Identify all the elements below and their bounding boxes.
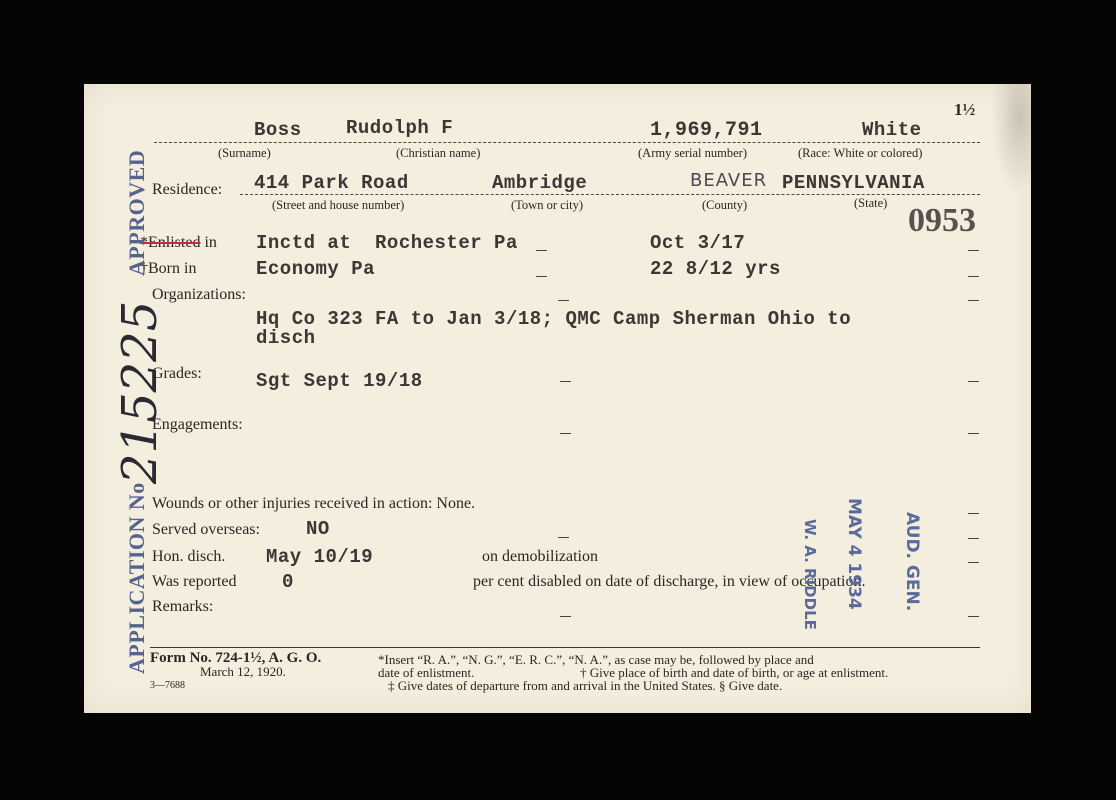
hon-disch-suffix: on demobilization (482, 548, 598, 566)
organizations-line-2: disch (256, 329, 316, 348)
surname-caption: (Surname) (218, 146, 271, 161)
enlisted-date-value: Oct 3/17 (650, 232, 745, 254)
wounds-label-text: Wounds or other injuries received in act… (152, 495, 432, 512)
race-value: White (862, 119, 922, 141)
christian-name-caption: (Christian name) (396, 146, 480, 161)
corner-mark: 1½ (954, 100, 975, 120)
blank-dash (968, 538, 979, 539)
blank-dash (968, 300, 979, 301)
blank-dash (968, 381, 979, 382)
state-caption: (State) (854, 196, 887, 211)
blank-dash (560, 433, 571, 434)
form-date: March 12, 1920. (200, 665, 286, 678)
surname-value: Boss (254, 119, 302, 141)
overseas-label: Served overseas: (152, 521, 260, 539)
blank-dash (558, 300, 569, 301)
town-value: Ambridge (492, 172, 587, 194)
hon-disch-label: Hon. disch. (152, 548, 225, 566)
header-rule (154, 142, 980, 143)
street-value: 414 Park Road (254, 172, 409, 194)
born-age-value: 22 8/12 yrs (650, 258, 781, 280)
christian-name-value: Rudolph F (346, 117, 453, 139)
wounds-label: Wounds or other injuries received in act… (152, 495, 475, 513)
grades-value: Sgt Sept 19/18 (256, 370, 423, 392)
blank-dash (536, 250, 547, 251)
date-stamp-date: MAY 4 1934 (844, 498, 864, 610)
date-stamp-signer: W. A. RIDDLE (801, 519, 819, 630)
blank-dash (968, 433, 979, 434)
blank-dash (968, 616, 979, 617)
serial-number-value: 1,969,791 (650, 119, 763, 142)
born-label-text: Born in (148, 260, 196, 277)
race-caption: (Race: White or colored) (798, 146, 922, 161)
street-caption: (Street and house number) (272, 198, 404, 213)
serial-caption: (Army serial number) (638, 146, 747, 161)
town-caption: (Town or city) (511, 198, 583, 213)
blank-dash (560, 381, 571, 382)
residence-rule (240, 194, 980, 195)
remarks-label: Remarks: (152, 598, 213, 616)
blank-dash (536, 276, 547, 277)
blank-dash (968, 562, 979, 563)
hon-disch-value: May 10/19 (266, 546, 373, 568)
service-record-card: 1½ 0953 Boss Rudolph F 1,969,791 White (… (84, 84, 1031, 713)
enlisted-struck-text: Enlisted (148, 234, 200, 251)
state-value: PENNSYLVANIA (782, 172, 925, 194)
wounds-value: None. (436, 495, 475, 512)
organizations-line-1: Hq Co 323 FA to Jan 3/18; QMC Camp Sherm… (256, 310, 851, 329)
application-number-handwritten: 215225 (112, 301, 168, 484)
county-value: BEAVER (690, 170, 767, 191)
enlisted-value: Inctd at Rochester Pa (256, 232, 518, 254)
footer-rule (150, 647, 980, 648)
born-value: Economy Pa (256, 258, 375, 280)
overseas-value: NO (306, 518, 330, 540)
blank-dash (968, 276, 979, 277)
blank-dash (558, 537, 569, 538)
reported-value: 0 (282, 571, 294, 593)
county-caption: (County) (702, 198, 747, 213)
application-no-stamp: APPLICATION No (124, 482, 150, 674)
enlisted-in-text: in (204, 234, 216, 251)
blank-dash (968, 513, 979, 514)
footnote-3: ‡ Give dates of departure from and arriv… (388, 679, 782, 692)
date-stamp-aud-gen: AUD. GEN. (902, 512, 922, 611)
file-number-stamp: 0953 (908, 202, 976, 240)
print-code: 3—7688 (150, 680, 185, 691)
reported-label: Was reported (152, 573, 236, 591)
enlisted-label: *Enlisted in (140, 234, 217, 252)
blank-dash (968, 250, 979, 251)
blank-dash (560, 616, 571, 617)
residence-label: Residence: (152, 181, 222, 199)
approved-stamp: APPROVED (124, 150, 150, 276)
